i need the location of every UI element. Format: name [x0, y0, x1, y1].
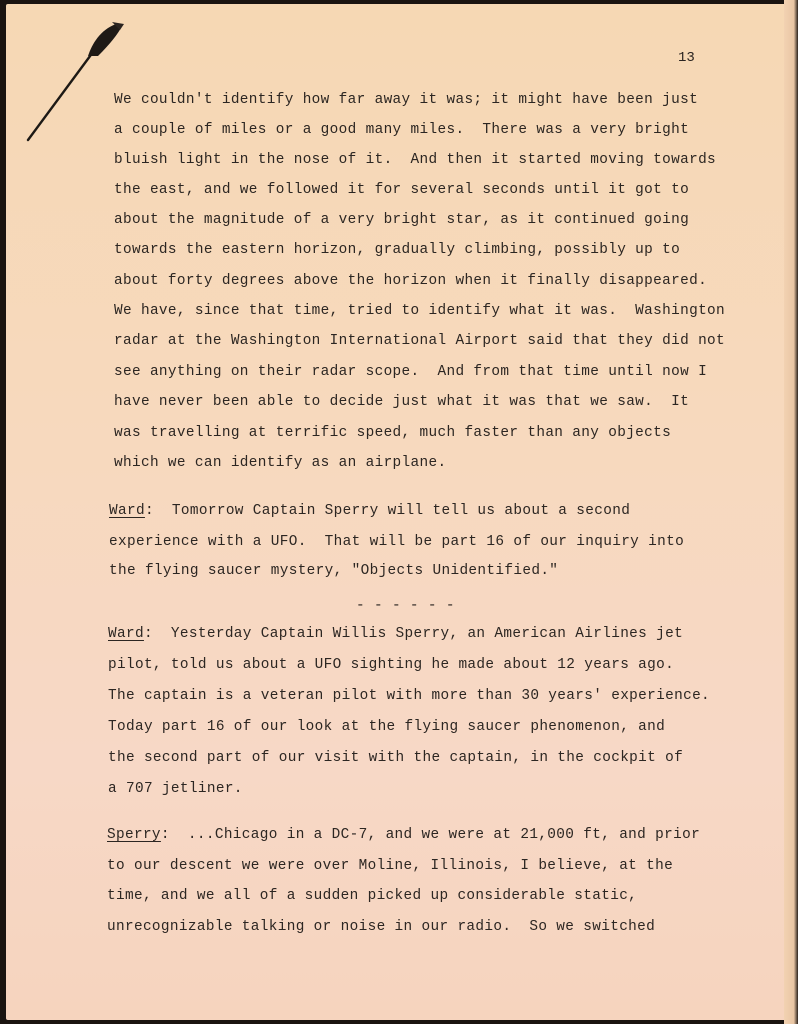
- text-line: towards the eastern horizon, gradually c…: [114, 242, 680, 258]
- speaker-label: Ward: [108, 626, 144, 642]
- page-number: 13: [678, 50, 695, 66]
- text-line: a couple of miles or a good many miles. …: [114, 122, 689, 138]
- paragraph-sperry: Sperry: ...Chicago in a DC-7, and we wer…: [107, 827, 143, 923]
- text-line: Sperry: ...Chicago in a DC-7, and we wer…: [107, 827, 700, 843]
- text-line-rest: : Yesterday Captain Willis Sperry, an Am…: [144, 626, 683, 642]
- text-line-rest: : Tomorrow Captain Sperry will tell us a…: [145, 503, 630, 519]
- text-line: the flying saucer mystery, "Objects Unid…: [109, 563, 558, 579]
- section-separator: - - - - - -: [356, 598, 455, 614]
- document-page: 13 We couldn't identify how far away it …: [6, 4, 786, 1020]
- text-line: Ward: Yesterday Captain Willis Sperry, a…: [108, 626, 683, 642]
- paragraph-narration: We couldn't identify how far away it was…: [114, 92, 150, 332]
- text-line: experience with a UFO. That will be part…: [109, 534, 684, 550]
- text-line: the second part of our visit with the ca…: [108, 750, 683, 766]
- text-line: We couldn't identify how far away it was…: [114, 92, 698, 108]
- text-line: bluish light in the nose of it. And then…: [114, 152, 716, 168]
- speaker-label: Ward: [109, 503, 145, 519]
- text-line: which we can identify as an airplane.: [114, 455, 446, 471]
- text-line: unrecognizable talking or noise in our r…: [107, 919, 655, 935]
- text-line: see anything on their radar scope. And f…: [114, 364, 707, 380]
- text-line: Today part 16 of our look at the flying …: [108, 719, 665, 735]
- text-line: time, and we all of a sudden picked up c…: [107, 888, 637, 904]
- text-line: the east, and we followed it for several…: [114, 182, 689, 198]
- text-line: to our descent we were over Moline, Illi…: [107, 858, 673, 874]
- text-line: The captain is a veteran pilot with more…: [108, 688, 710, 704]
- text-line: have never been able to decide just what…: [114, 394, 689, 410]
- text-line: radar at the Washington International Ai…: [114, 333, 725, 349]
- paragraph-ward-1: Ward: Tomorrow Captain Sperry will tell …: [109, 503, 145, 583]
- text-line: about forty degrees above the horizon wh…: [114, 273, 707, 289]
- text-line-rest: : ...Chicago in a DC-7, and we were at 2…: [161, 827, 700, 843]
- text-line: was travelling at terrific speed, much f…: [114, 425, 671, 441]
- speaker-label: Sperry: [107, 827, 161, 843]
- text-line: We have, since that time, tried to ident…: [114, 303, 725, 319]
- page-edge-shadow: [784, 0, 798, 1024]
- text-line: a 707 jetliner.: [108, 781, 243, 797]
- text-line: pilot, told us about a UFO sighting he m…: [108, 657, 674, 673]
- text-line: about the magnitude of a very bright sta…: [114, 212, 689, 228]
- text-line: Ward: Tomorrow Captain Sperry will tell …: [109, 503, 630, 519]
- paragraph-ward-2: Ward: Yesterday Captain Willis Sperry, a…: [108, 626, 144, 754]
- pen-mark-icon: [26, 20, 126, 144]
